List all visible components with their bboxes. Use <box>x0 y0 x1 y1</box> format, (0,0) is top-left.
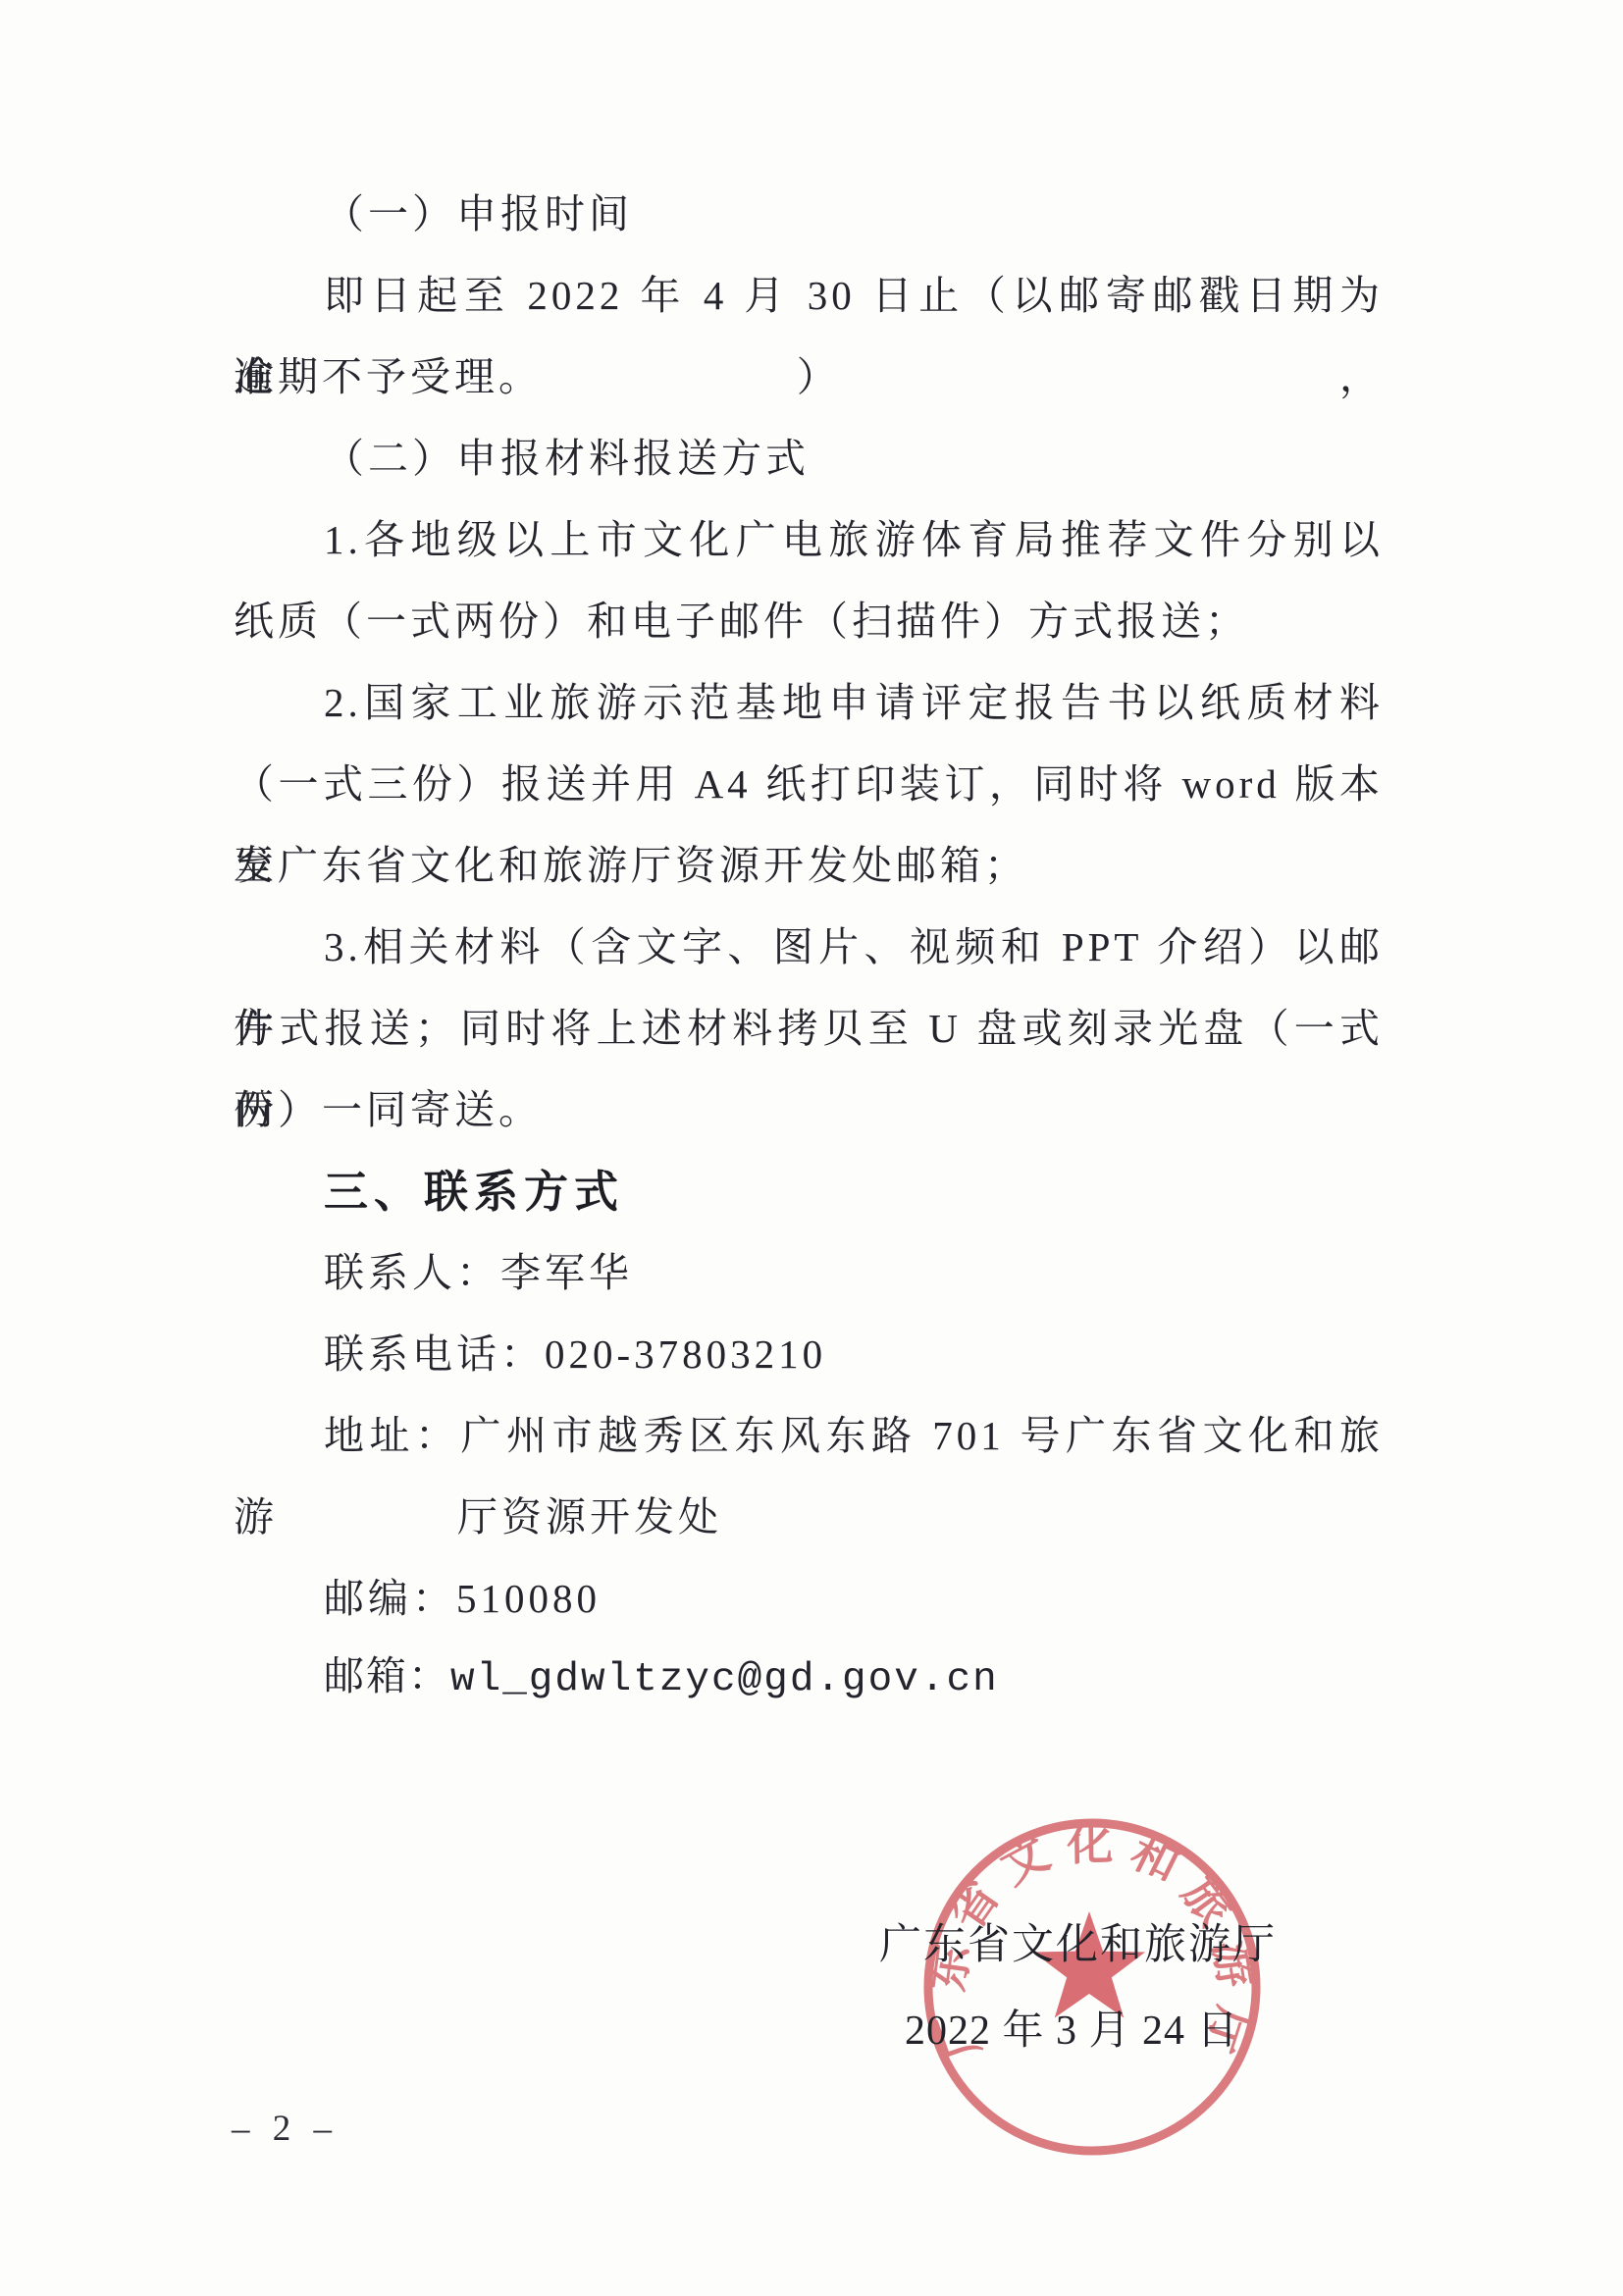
page-number: – 2 – <box>232 2108 339 2150</box>
paragraph-item2-line-3: 至广东省文化和旅游厅资源开发处邮箱； <box>234 825 1384 907</box>
paragraph-item2-line-2: （一式三份）报送并用 A4 纸打印装订，同时将 word 版本发 <box>234 744 1384 825</box>
contact-address-line-2: 厅资源开发处 <box>234 1477 1384 1558</box>
document-body: （一）申报时间 即日起至 2022 年 4 月 30 日止（以邮寄邮戳日期为准）… <box>234 174 1384 1721</box>
paragraph-item1-line-1: 1.各地级以上市文化广电旅游体育局推荐文件分别以 <box>234 499 1384 581</box>
contact-postcode-line: 邮编：510080 <box>234 1558 1384 1640</box>
paragraph-item2-line-1: 2.国家工业旅游示范基地申请评定报告书以纸质材料 <box>234 662 1384 744</box>
contact-email-line: 邮箱：wl_gdwltzyc@gd.gov.cn <box>234 1640 1384 1721</box>
official-seal: 广东省文化和旅游厅 <box>911 1805 1274 2168</box>
contact-address-line-1: 地址：广州市越秀区东风东路 701 号广东省文化和旅游 <box>234 1395 1384 1477</box>
heading-submission-method: （二）申报材料报送方式 <box>234 418 1384 499</box>
document-page: （一）申报时间 即日起至 2022 年 4 月 30 日止（以邮寄邮戳日期为准）… <box>0 0 1623 2296</box>
paragraph-item3-line-1: 3.相关材料（含文字、图片、视频和 PPT 介绍）以邮件 <box>234 907 1384 988</box>
heading-application-time: （一）申报时间 <box>234 174 1384 255</box>
contact-person-line: 联系人：李军华 <box>234 1232 1384 1314</box>
contact-phone-line: 联系电话：020-37803210 <box>234 1314 1384 1395</box>
paragraph-deadline-line-1: 即日起至 2022 年 4 月 30 日止（以邮寄邮戳日期为准）， <box>234 255 1384 337</box>
signature-organization: 广东省文化和旅游厅 <box>879 1911 1277 1971</box>
heading-contact-info: 三、联系方式 <box>234 1151 1384 1232</box>
paragraph-item3-line-2: 方式报送；同时将上述材料拷贝至 U 盘或刻录光盘（一式两 <box>234 988 1384 1070</box>
paragraph-item3-line-3: 份）一同寄送。 <box>234 1070 1384 1151</box>
paragraph-item1-line-2: 纸质（一式两份）和电子邮件（扫描件）方式报送； <box>234 581 1384 662</box>
signature-date: 2022 年 3 月 24 日 <box>905 1998 1239 2057</box>
